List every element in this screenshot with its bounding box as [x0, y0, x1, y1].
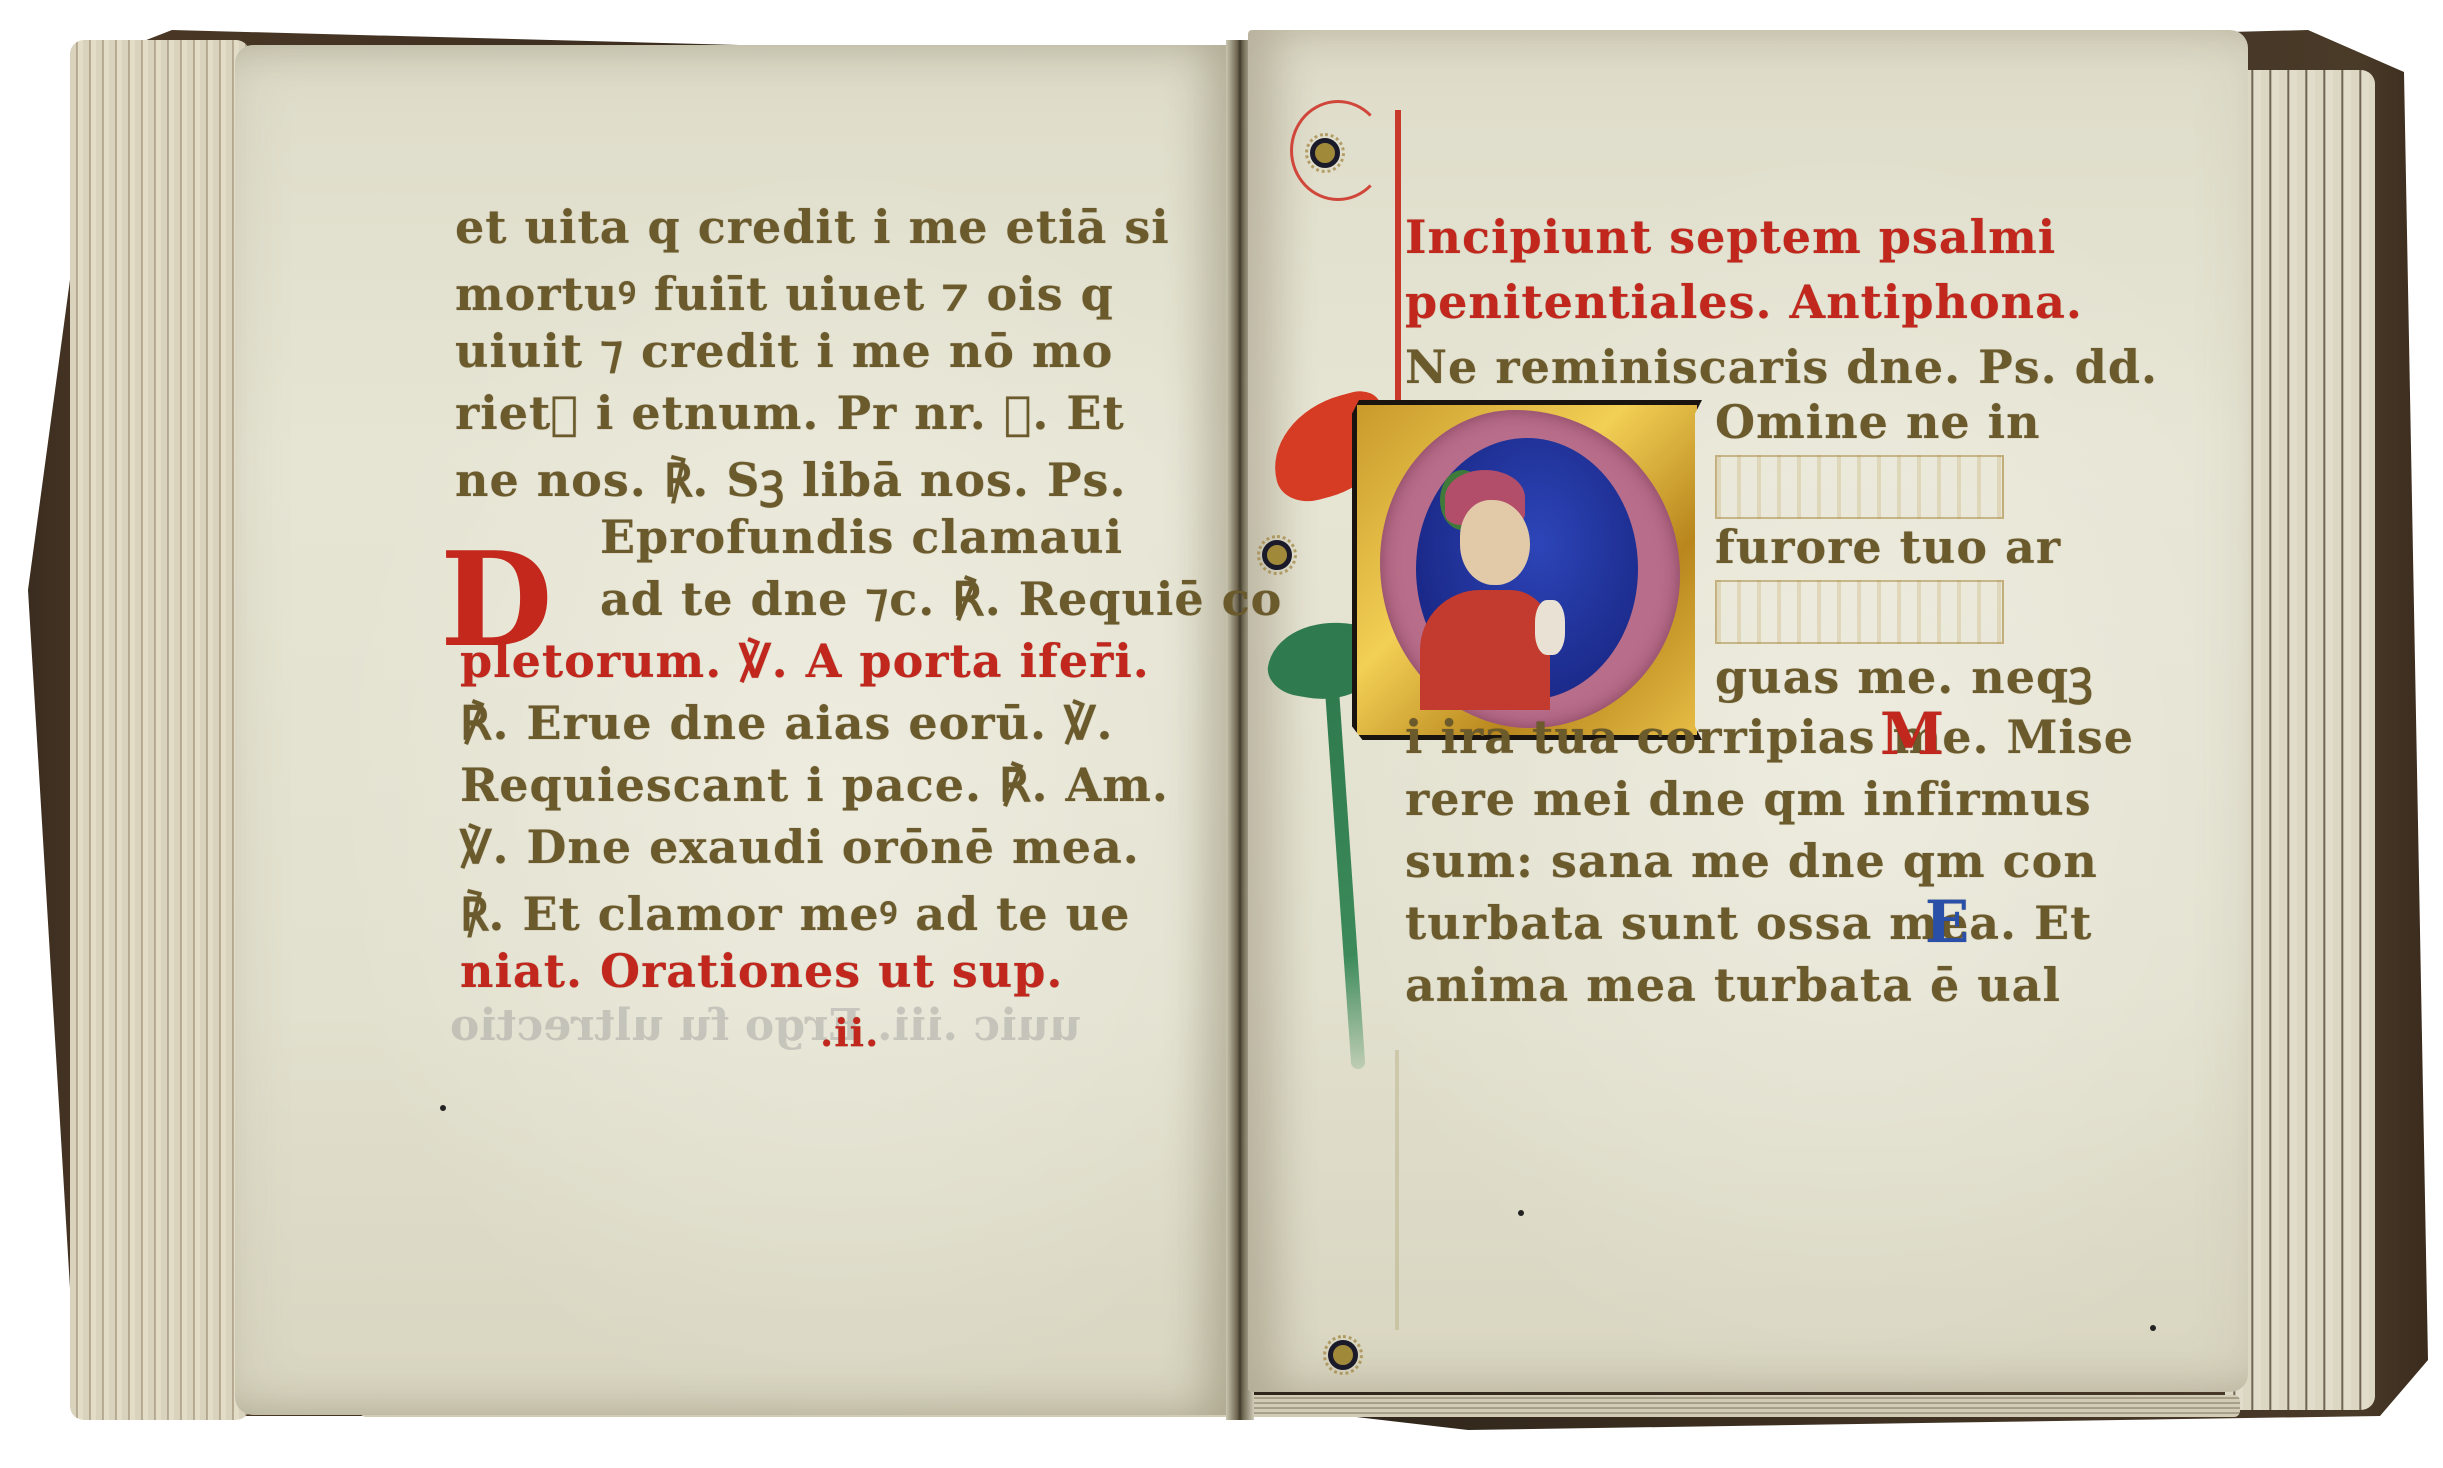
text-line: et uita q credit i me etiā si — [455, 200, 1170, 254]
text-line: guas me. neqꝫ — [1715, 645, 2094, 707]
text-line: rietᷣ i etnum. Pr nr. ℣. Et — [455, 386, 1125, 440]
text-line: ℟. Et clamor meꝰ ad te ue — [460, 882, 1130, 944]
praying-figure-robe — [1420, 590, 1550, 710]
text-line: ℟. Erue dne aias eorū. ℣. — [460, 696, 1114, 750]
rubric-heading-line: Incipiunt septem psalmi — [1405, 210, 2056, 264]
gold-boss-ornament — [1328, 1340, 1358, 1370]
gold-boss-ornament — [1262, 540, 1292, 570]
line-filler-panel — [1715, 580, 2004, 644]
text-line: ad te dne ⁊c. ℟. Requiē co — [600, 572, 1282, 626]
rubric-heading-line: penitentiales. Antiphona. — [1405, 275, 2083, 329]
text-line: anima mea turbata ē ual — [1405, 958, 2061, 1012]
text-line: i ira tua corripias me. Mise — [1405, 710, 2134, 764]
text-line: niat. Orationes ut sup. — [460, 944, 1063, 998]
text-line: ℣. Dne exaudi orōnē mea. — [460, 820, 1140, 874]
text-line: rere mei dne qm infirmus — [1405, 772, 2092, 826]
faint-pen-flourish — [1395, 1050, 1399, 1330]
text-line: sum: sana me dne qm con — [1405, 834, 2098, 888]
red-initial-m: M — [1880, 700, 1945, 768]
text-line: ne nos. ℟. Sꝫ libā nos. Ps. — [455, 448, 1126, 510]
text-line: turbata sunt ossa mea. Et — [1405, 896, 2092, 950]
vellum-speck — [2150, 1325, 2156, 1331]
praying-figure-head — [1460, 500, 1530, 585]
gold-boss-ornament — [1310, 138, 1340, 168]
left-page-stack — [70, 40, 250, 1420]
text-line: furore tuo ar — [1715, 520, 2061, 574]
text-line: Omine ne in — [1715, 395, 2041, 449]
vellum-speck — [440, 1105, 446, 1111]
text-line: Requiescant i pace. ℟. Am. — [460, 758, 1169, 812]
text-line: .ii. — [820, 1010, 879, 1055]
text-line: pletorum. ℣. A porta ifer̄i. — [460, 634, 1150, 688]
praying-hands — [1535, 600, 1565, 655]
vellum-speck — [1518, 1210, 1524, 1216]
line-filler-panel — [1715, 455, 2004, 519]
text-line: Eprofundis clamaui — [600, 510, 1123, 564]
text-line: mortuꝰ fuiīt uiuet ⁊ ois q — [455, 262, 1114, 324]
text-line: uiuit ⁊ credit i me nō mo — [455, 324, 1113, 378]
show-through-text: uuic .iii. Ergo fu ultrectio — [450, 1000, 1081, 1051]
antiphon-line: Ne reminiscaris dne. Ps. dd. — [1405, 340, 2158, 394]
blue-initial-e: E — [1925, 888, 1970, 956]
